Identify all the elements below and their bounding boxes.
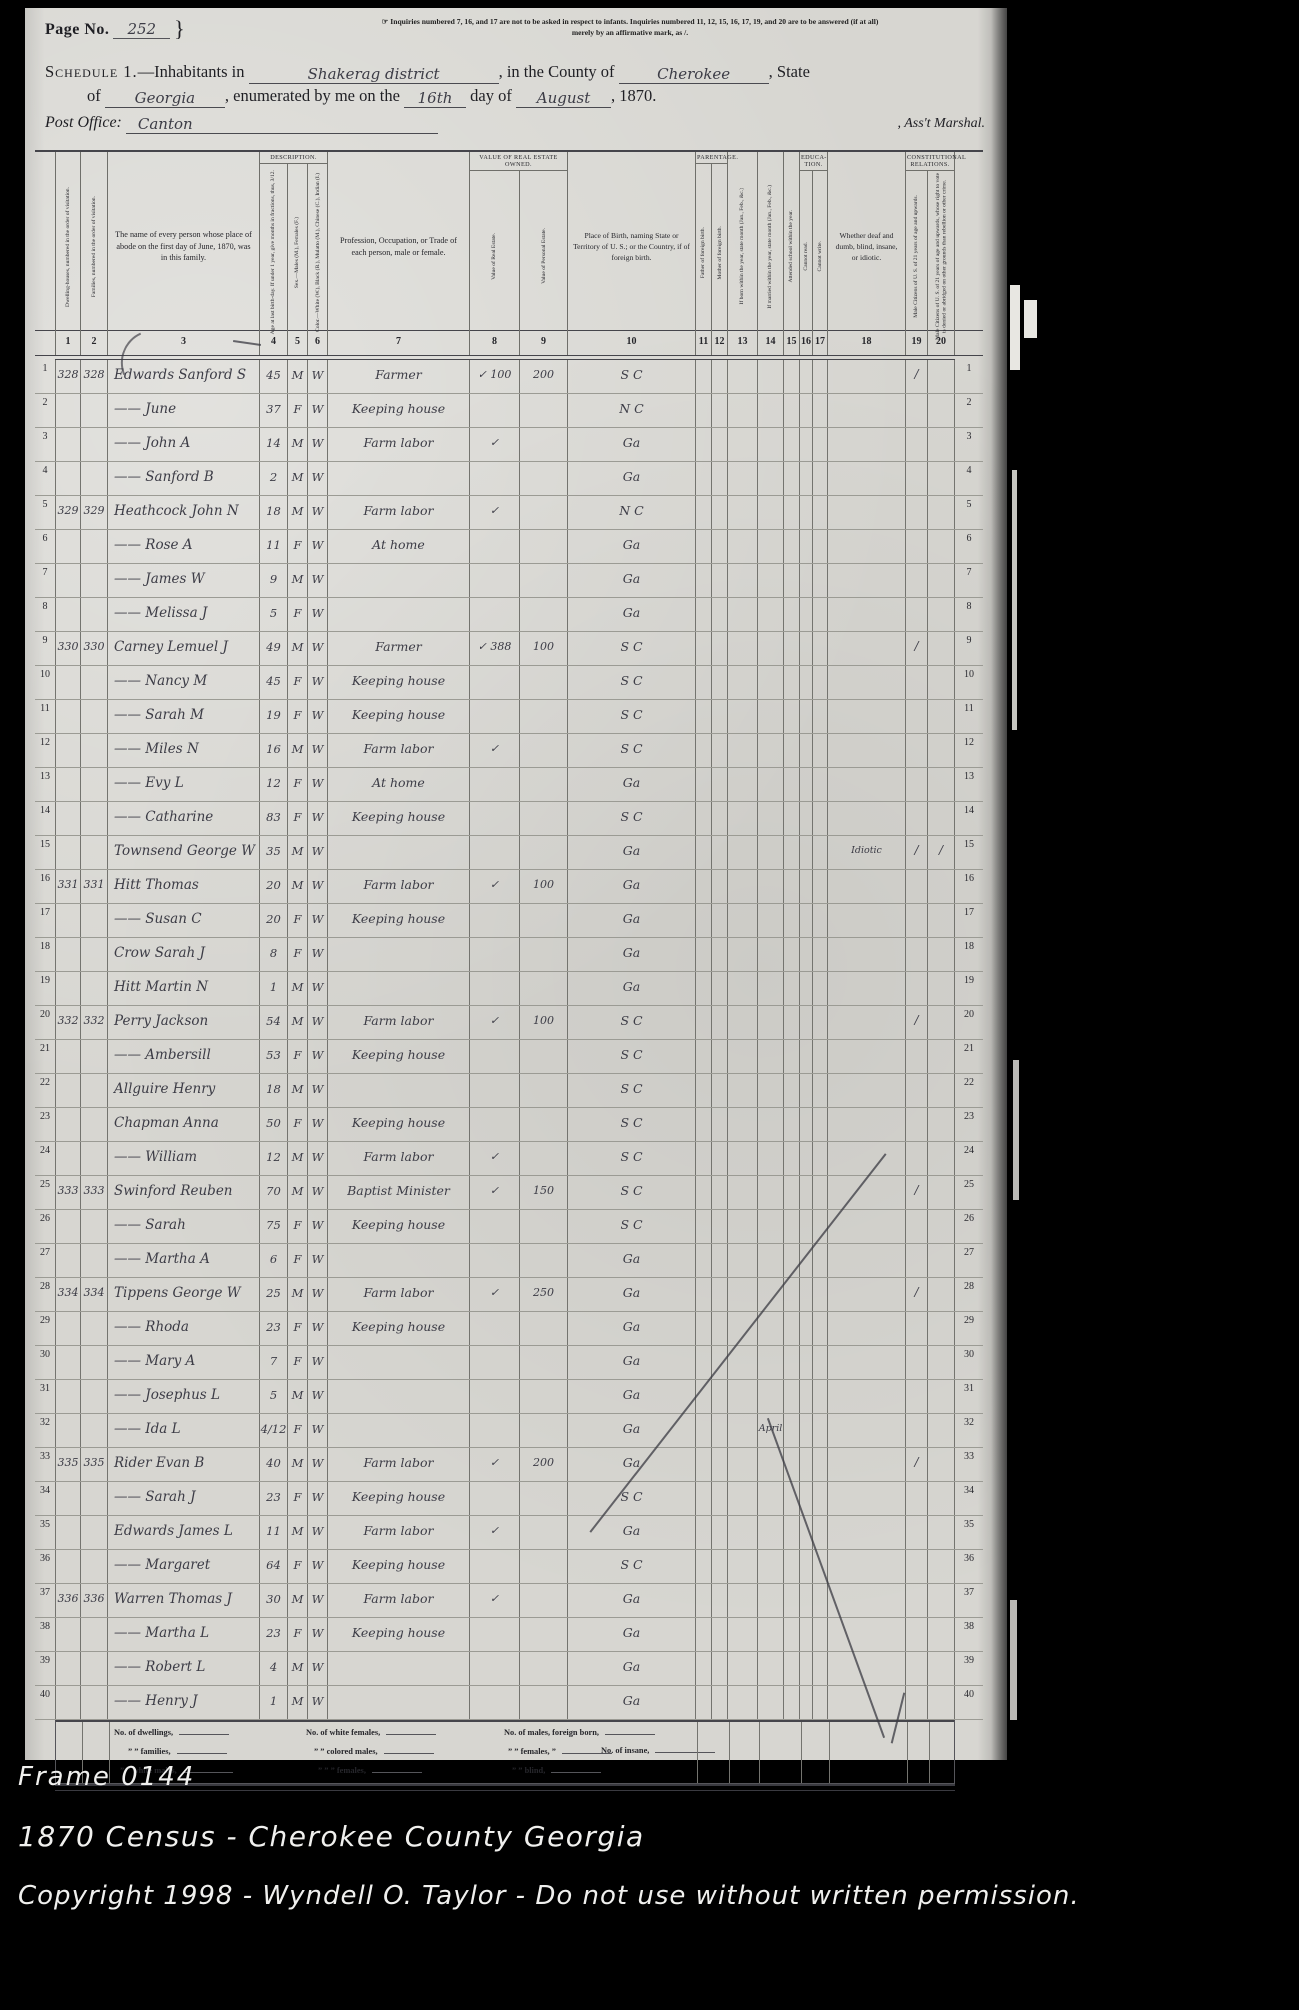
cell-personal-estate [520,496,568,529]
cell-color: W [308,360,328,393]
col-header-mother-foreign: Mother of foreign birth. [712,164,728,341]
cell-birthplace: S C [568,1040,696,1073]
cell-mother-foreign [712,700,728,733]
cell-deaf-dumb [828,564,906,597]
cell-father-foreign [696,1278,712,1311]
cell-real-estate [470,1414,520,1447]
cell-mother-foreign [712,1074,728,1107]
cell-dwelling-number: 330 [55,632,81,665]
table-row: 6 —— Rose A 11 F W At home Ga 6 [35,530,983,564]
line-number-left: 38 [35,1618,55,1651]
cell-attended-school [784,836,800,869]
cell-dwelling-number: 333 [55,1176,81,1209]
cell-father-foreign [696,1244,712,1277]
cell-real-estate [470,938,520,971]
cell-male-citizen: / [906,632,928,665]
cell-father-foreign [696,598,712,631]
cell-deaf-dumb [828,1278,906,1311]
cell-birthplace: Ga [568,1686,696,1719]
cell-birthplace: Ga [568,428,696,461]
cell-color: W [308,1176,328,1209]
cell-age: 49 [260,632,288,665]
enumerated-label: , enumerated by me on the [225,86,400,105]
cell-birthplace: Ga [568,1618,696,1651]
tally-males-foreign: No. of males, foreign born, [504,1728,655,1737]
census-sheet: Page No. 252 } ☞ Inquiries numbered 7, 1… [25,8,1007,1760]
cell-occupation: Farm labor [328,496,470,529]
cell-family-number [81,598,108,631]
cell-real-estate: ✓ [470,496,520,529]
cell-sex: F [288,1210,308,1243]
cell-month-married [758,1312,784,1345]
cell-attended-school [784,1142,800,1175]
cell-real-estate: ✓ [470,428,520,461]
cell-birthplace: Ga [568,938,696,971]
cell-color: W [308,1414,328,1447]
cell-family-number: 328 [81,360,108,393]
line-number-left: 16 [35,870,55,903]
cell-name: —— John A [108,428,260,461]
cell-color: W [308,1074,328,1107]
col-header-personal-estate: Value of Personal Estate. [520,171,568,341]
schedule-label: Schedule 1. [45,62,138,81]
cell-vote-denied: / [928,836,955,869]
cell-personal-estate [520,1516,568,1549]
cell-real-estate [470,394,520,427]
cell-name: Swinford Reuben [108,1176,260,1209]
cell-real-estate [470,1618,520,1651]
cell-dwelling-number: 331 [55,870,81,903]
cell-real-estate: ✓ [470,1142,520,1175]
line-number-left: 7 [35,564,55,597]
table-row: 18 Crow Sarah J 8 F W Ga 18 [35,938,983,972]
cell-personal-estate [520,1380,568,1413]
cell-sex: M [288,1652,308,1685]
line-number-right: 8 [955,598,983,631]
cell-cannot-write [813,1584,828,1617]
cell-family-number: 331 [81,870,108,903]
cell-male-citizen [906,1312,928,1345]
table-row: 15 Townsend George W 35 M W Ga Idiotic /… [35,836,983,870]
cell-cannot-read [800,1040,813,1073]
cell-mother-foreign [712,428,728,461]
cell-real-estate: ✓ [470,1176,520,1209]
cell-dwelling-number [55,394,81,427]
cell-month-married [758,632,784,665]
cell-cannot-write [813,530,828,563]
table-row: 14 —— Catharine 83 F W Keeping house S C… [35,802,983,836]
cell-father-foreign [696,1040,712,1073]
cell-attended-school [784,360,800,393]
cell-color: W [308,564,328,597]
cell-dwelling-number [55,1380,81,1413]
cell-birthplace: Ga [568,530,696,563]
post-office-label: Post Office: [45,114,122,131]
cell-sex: M [288,496,308,529]
cell-father-foreign [696,1108,712,1141]
cell-month-married [758,598,784,631]
cell-personal-estate [520,530,568,563]
cell-real-estate: ✓ [470,1278,520,1311]
cell-vote-denied [928,530,955,563]
cell-dwelling-number [55,1074,81,1107]
cell-male-citizen [906,564,928,597]
cell-sex: F [288,1346,308,1379]
cell-father-foreign [696,1142,712,1175]
cell-real-estate [470,1244,520,1277]
cell-family-number: 335 [81,1448,108,1481]
cell-deaf-dumb [828,1210,906,1243]
cell-month-born [728,1482,758,1515]
cell-month-married [758,1584,784,1617]
cell-cannot-write [813,394,828,427]
cell-personal-estate [520,1074,568,1107]
scan-speck [1010,1600,1017,1720]
cell-personal-estate: 250 [520,1278,568,1311]
cell-color: W [308,1652,328,1685]
line-number-left: 13 [35,768,55,801]
line-number-right: 24 [955,1142,983,1175]
cell-cannot-read [800,734,813,767]
cell-cannot-write [813,1142,828,1175]
cell-occupation [328,564,470,597]
cell-deaf-dumb [828,1482,906,1515]
cell-dwelling-number [55,1686,81,1719]
cell-male-citizen: / [906,360,928,393]
cell-dwelling-number: 336 [55,1584,81,1617]
cell-month-born [728,360,758,393]
cell-occupation: Baptist Minister [328,1176,470,1209]
table-row: 39 —— Robert L 4 M W Ga 39 [35,1652,983,1686]
cell-personal-estate [520,1550,568,1583]
cell-color: W [308,836,328,869]
line-number-right: 7 [955,564,983,597]
table-row: 29 —— Rhoda 23 F W Keeping house Ga 29 [35,1312,983,1346]
cell-cannot-write [813,598,828,631]
cell-family-number [81,1074,108,1107]
cell-color: W [308,1108,328,1141]
cell-age: 23 [260,1618,288,1651]
cell-deaf-dumb [828,1414,906,1447]
cell-age: 7 [260,1346,288,1379]
cell-cannot-read [800,530,813,563]
cell-father-foreign [696,1516,712,1549]
cell-sex: F [288,1040,308,1073]
cell-dwelling-number: 332 [55,1006,81,1039]
cell-personal-estate [520,700,568,733]
table-row: 13 —— Evy L 12 F W At home Ga 13 [35,768,983,802]
line-number-left: 25 [35,1176,55,1209]
cell-cannot-write [813,768,828,801]
line-number-right: 23 [955,1108,983,1141]
table-row: 37 336 336 Warren Thomas J 30 M W Farm l… [35,1584,983,1618]
cell-real-estate [470,1210,520,1243]
cell-vote-denied [928,1244,955,1277]
table-row: 40 —— Henry J 1 M W Ga 40 [35,1686,983,1720]
cell-real-estate: ✓ [470,1584,520,1617]
cell-month-married [758,1346,784,1379]
cell-vote-denied [928,666,955,699]
line-number-left: 2 [35,394,55,427]
line-number-left: 32 [35,1414,55,1447]
cell-real-estate [470,1346,520,1379]
cell-dwelling-number [55,1346,81,1379]
table-row: 22 Allguire Henry 18 M W S C 22 [35,1074,983,1108]
table-row: 10 —— Nancy M 45 F W Keeping house S C 1… [35,666,983,700]
cell-deaf-dumb [828,768,906,801]
cell-name: —— Martha A [108,1244,260,1277]
table-row: 26 —— Sarah 75 F W Keeping house S C 26 [35,1210,983,1244]
cell-attended-school [784,598,800,631]
tally-white-females: No. of white females, [306,1728,436,1737]
cell-sex: M [288,462,308,495]
caption-title: 1870 Census - Cherokee County Georgia [18,1820,1080,1853]
cell-cannot-write [813,632,828,665]
cell-mother-foreign [712,1244,728,1277]
cell-male-citizen [906,394,928,427]
cell-age: 37 [260,394,288,427]
cell-dwelling-number [55,836,81,869]
cell-occupation: Keeping house [328,1550,470,1583]
cell-cannot-read [800,666,813,699]
cell-attended-school [784,1618,800,1651]
cell-father-foreign [696,734,712,767]
cell-month-born [728,428,758,461]
cell-name: —— James W [108,564,260,597]
cell-sex: F [288,904,308,937]
line-number-right: 27 [955,1244,983,1277]
cell-month-married [758,1006,784,1039]
cell-cannot-read [800,870,813,903]
cell-attended-school [784,1448,800,1481]
cell-dwelling-number [55,1142,81,1175]
group-parentage: Parentage. Father of foreign birth. Moth… [696,152,728,341]
line-number-right: 34 [955,1482,983,1515]
cell-vote-denied [928,938,955,971]
cell-cannot-read [800,1380,813,1413]
cell-personal-estate [520,1652,568,1685]
cell-age: 4/12 [260,1414,288,1447]
cell-cannot-read [800,1006,813,1039]
cell-family-number [81,1108,108,1141]
cell-sex: M [288,632,308,665]
cell-month-born [728,496,758,529]
cell-cannot-read [800,1652,813,1685]
cell-birthplace: Ga [568,1312,696,1345]
cell-male-citizen: / [906,1448,928,1481]
cell-cannot-read [800,700,813,733]
cell-male-citizen [906,1074,928,1107]
cell-occupation: Keeping house [328,1108,470,1141]
cell-birthplace: Ga [568,1380,696,1413]
cell-birthplace: Ga [568,1346,696,1379]
cell-cannot-read [800,360,813,393]
cell-father-foreign [696,1006,712,1039]
cell-month-married [758,836,784,869]
cell-cannot-write [813,496,828,529]
cell-father-foreign [696,1346,712,1379]
cell-male-citizen [906,1516,928,1549]
cell-deaf-dumb [828,938,906,971]
cell-dwelling-number [55,1618,81,1651]
cell-mother-foreign [712,1414,728,1447]
cell-dwelling-number [55,1244,81,1277]
col-header-birthplace: Place of Birth, naming State or Territor… [568,152,696,341]
cell-name: —— Ida L [108,1414,260,1447]
cell-cannot-write [813,1312,828,1345]
col-header-families: Families, numbered in the order of visit… [81,152,108,341]
day-label: day of [470,86,512,105]
table-row: 27 —— Martha A 6 F W Ga 27 [35,1244,983,1278]
cell-name: —— Sanford B [108,462,260,495]
cell-age: 54 [260,1006,288,1039]
scan-speck [1010,285,1020,370]
post-office-row: Post Office: Canton , Ass't Marshal. [45,114,985,134]
cell-deaf-dumb [828,904,906,937]
cell-real-estate [470,1652,520,1685]
cell-male-citizen [906,904,928,937]
table-row: 17 —— Susan C 20 F W Keeping house Ga 17 [35,904,983,938]
cell-mother-foreign [712,394,728,427]
cell-father-foreign [696,972,712,1005]
cell-male-citizen [906,734,928,767]
cell-age: 9 [260,564,288,597]
cell-age: 75 [260,1210,288,1243]
cell-real-estate: ✓ [470,870,520,903]
line-number-left: 1 [35,360,55,393]
cell-personal-estate [520,1618,568,1651]
cell-family-number [81,394,108,427]
cell-attended-school [784,1516,800,1549]
cell-mother-foreign [712,768,728,801]
cell-real-estate [470,462,520,495]
cell-father-foreign [696,564,712,597]
cell-mother-foreign [712,1176,728,1209]
line-number-right: 9 [955,632,983,665]
cell-vote-denied [928,1550,955,1583]
line-number-right: 14 [955,802,983,835]
cell-birthplace: Ga [568,462,696,495]
cell-cannot-read [800,1278,813,1311]
cell-dwelling-number [55,938,81,971]
cell-personal-estate: 150 [520,1176,568,1209]
cell-age: 20 [260,870,288,903]
schedule-line-2: of Georgia, enumerated by me on the 16th… [87,86,985,108]
cell-dwelling-number [55,428,81,461]
cell-vote-denied [928,870,955,903]
cell-cannot-write [813,1618,828,1651]
cell-sex: M [288,836,308,869]
cell-vote-denied [928,564,955,597]
cell-month-married [758,768,784,801]
cell-month-born [728,666,758,699]
cell-month-born [728,1414,758,1447]
cell-age: 18 [260,1074,288,1107]
cell-name: —— Sarah M [108,700,260,733]
line-number-left: 11 [35,700,55,733]
cell-personal-estate [520,598,568,631]
cell-father-foreign [696,1176,712,1209]
cell-birthplace: S C [568,1142,696,1175]
cell-attended-school [784,904,800,937]
table-row: 19 Hitt Martin N 1 M W Ga 19 [35,972,983,1006]
col-header-real-estate: Value of Real Estate. [470,171,520,341]
cell-real-estate [470,802,520,835]
cell-occupation: Keeping house [328,802,470,835]
cell-male-citizen: / [906,1278,928,1311]
cell-attended-school [784,1108,800,1141]
cell-personal-estate [520,972,568,1005]
cell-name: —— Ambersill [108,1040,260,1073]
cell-cannot-read [800,1618,813,1651]
cell-male-citizen: / [906,836,928,869]
table-row: 31 —— Josephus L 5 M W Ga 31 [35,1380,983,1414]
cell-father-foreign [696,836,712,869]
cell-sex: F [288,1482,308,1515]
cell-vote-denied [928,1210,955,1243]
cell-month-married [758,734,784,767]
cell-sex: M [288,1278,308,1311]
cell-family-number [81,1482,108,1515]
col-header-vote-denied: Male Citizens of U. S. of 21 years of ag… [928,171,955,341]
cell-color: W [308,1040,328,1073]
cell-occupation [328,1074,470,1107]
line-number-left: 6 [35,530,55,563]
cell-attended-school [784,632,800,665]
cell-color: W [308,1482,328,1515]
cell-color: W [308,734,328,767]
cell-mother-foreign [712,1006,728,1039]
table-row: 28 334 334 Tippens George W 25 M W Farm … [35,1278,983,1312]
cell-father-foreign [696,1312,712,1345]
cell-vote-denied [928,394,955,427]
cell-occupation: Keeping house [328,1040,470,1073]
cell-age: 23 [260,1482,288,1515]
cell-personal-estate [520,428,568,461]
cell-deaf-dumb [828,394,906,427]
line-number-right: 30 [955,1346,983,1379]
cell-family-number [81,428,108,461]
table-row: 3 —— John A 14 M W Farm labor ✓ Ga 3 [35,428,983,462]
cell-deaf-dumb [828,632,906,665]
cell-name: Chapman Anna [108,1108,260,1141]
cell-male-citizen [906,428,928,461]
cell-color: W [308,1448,328,1481]
cell-occupation: Keeping house [328,666,470,699]
notice-line-1: ☞ Inquiries numbered 7, 16, and 17 are n… [275,16,985,27]
cell-occupation: At home [328,530,470,563]
cell-month-born [728,1176,758,1209]
cell-occupation [328,836,470,869]
cell-father-foreign [696,1584,712,1617]
cell-family-number [81,802,108,835]
cell-cannot-read [800,1312,813,1345]
cell-father-foreign [696,1414,712,1447]
cell-real-estate [470,1312,520,1345]
line-number-right: 40 [955,1686,983,1719]
cell-cannot-write [813,870,828,903]
cell-occupation: Keeping house [328,904,470,937]
cell-birthplace: Ga [568,768,696,801]
line-number-left: 30 [35,1346,55,1379]
cell-month-married [758,666,784,699]
line-number-right: 13 [955,768,983,801]
cell-color: W [308,1584,328,1617]
cell-personal-estate: 100 [520,632,568,665]
cell-attended-school [784,870,800,903]
cell-real-estate: ✓ [470,1516,520,1549]
table-row: 33 335 335 Rider Evan B 40 M W Farm labo… [35,1448,983,1482]
